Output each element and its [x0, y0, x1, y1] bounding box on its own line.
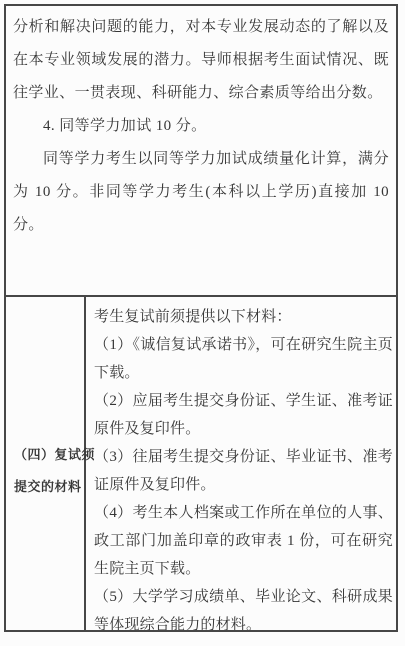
materials-header-line-2: 提交的材料 — [14, 471, 82, 503]
materials-list-intro: 考生复试前须提供以下材料： — [94, 303, 393, 331]
materials-item-4: （4）考生本人档案或工作所在单位的人事、政工部门加盖印章的政审表 1 份，可在研… — [94, 499, 393, 583]
materials-item-2: （2）应届考生提交身份证、学生证、准考证原件及复印件。 — [94, 387, 393, 443]
materials-item-1: （1）《诚信复试承诺书》，可在研究生院主页下载。 — [94, 331, 393, 387]
equivalent-education-bonus-heading: 4. 同等学力加试 10 分。 — [13, 110, 389, 143]
equivalent-education-bonus-detail: 同等学力考生以同等学力加试成绩量化计算，满分为 10 分。非同等学力考生(本科以… — [13, 143, 389, 242]
scoring-rules-section: 分析和解决问题的能力，对本专业发展动态的了解以及在本专业领域发展的潜力。导师根据… — [6, 6, 396, 297]
materials-item-3: （3）往届考生提交身份证、毕业证书、准考证原件及复印件。 — [94, 443, 393, 499]
scoring-paragraph-continuation: 分析和解决问题的能力，对本专业发展动态的了解以及在本专业领域发展的潜力。导师根据… — [13, 11, 389, 110]
materials-item-5: （5）大学学习成绩单、毕业论文、科研成果等体现综合能力的材料。 — [94, 583, 393, 630]
regulations-table: 分析和解决问题的能力，对本专业发展动态的了解以及在本专业领域发展的潜力。导师根据… — [4, 4, 398, 632]
materials-list: 考生复试前须提供以下材料： （1）《诚信复试承诺书》，可在研究生院主页下载。 （… — [86, 297, 396, 630]
materials-row-header: （四）复试须 提交的材料 — [6, 297, 86, 630]
materials-row: （四）复试须 提交的材料 考生复试前须提供以下材料： （1）《诚信复试承诺书》，… — [6, 297, 396, 630]
materials-header-line-1: （四）复试须 — [14, 439, 82, 471]
